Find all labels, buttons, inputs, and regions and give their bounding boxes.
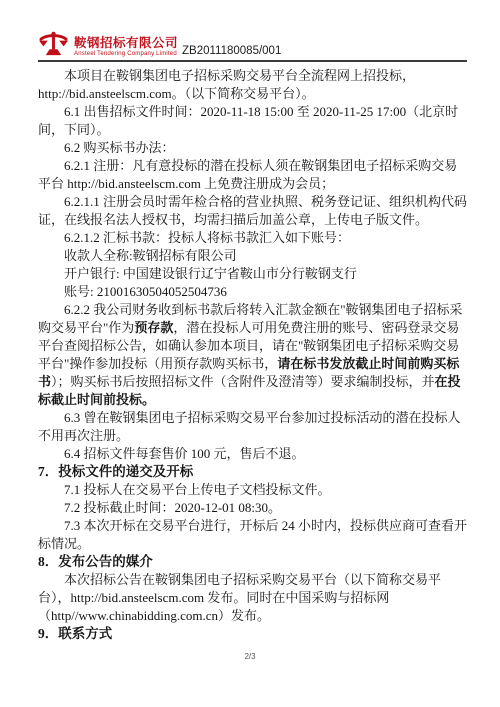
text-run: 开户银行: 中国建设银行辽宁省鞍山市分行鞍钢支行 [64,266,357,281]
paragraph: 6.2.2 我公司财务收到标书款后将转入汇款金额在"鞍钢集团电子招标采购交易平台… [38,301,467,409]
paragraph: 账号: 21001630504052504736 [38,283,467,301]
text-run: 预存款 [134,320,173,335]
text-run: 账号: 21001630504052504736 [64,284,227,299]
document-body: 本项目在鞍钢集团电子招标采购交易平台全流程网上招投标，http://bid.an… [38,67,467,643]
paragraph: 6.1 出售招标文件时间：2020-11-18 15:00 至 2020-11-… [38,103,467,139]
text-run: 6.4 招标文件每套售价 100 元，售后不退。 [64,446,305,461]
document-page: 鞍钢招标有限公司 Ansteel Tendering Company Limit… [0,0,500,707]
text-run: 6.2.1.1 注册会员时需年检合格的营业执照、税务登记证、组织机构代码证，在线… [38,194,467,227]
text-run: 6.2 购买标书办法： [64,140,175,155]
section-heading: 9．联系方式 [38,625,467,643]
paragraph: 本项目在鞍钢集团电子招标采购交易平台全流程网上招投标，http://bid.an… [38,67,467,103]
page-number: 2/3 [0,652,500,661]
text-run: 7.2 投标截止时间：2020-12-01 08:30。 [64,500,281,515]
paragraph: 6.2 购买标书办法： [38,139,467,157]
paragraph: 本次招标公告在鞍钢集团电子招标采购交易平台（以下简称交易平台），http://b… [38,571,467,625]
paragraph: 6.3 曾在鞍钢集团电子招标采购交易平台参加过投标活动的潜在投标人不用再次注册。 [38,409,467,445]
company-name-english: Ansteel Tendering Company Limited [74,51,178,57]
paragraph: 6.2.1.2 汇标书款：投标人将标书款汇入如下账号： [38,229,467,247]
brand-block: 鞍钢招标有限公司 Ansteel Tendering Company Limit… [74,37,178,58]
text-run: ）；购买标书后按照招标文件（含附件及澄清等）要求编制投标，并 [51,374,435,389]
text-run: 8．发布公告的媒介 [38,554,153,569]
text-run: 收款人全称:鞍钢招标有限公司 [64,248,237,263]
text-run: 6.2.1 注册：凡有意投标的潜在投标人须在鞍钢集团电子招标采购交易平台 htt… [38,158,457,191]
text-run: 6.1 出售招标文件时间：2020-11-18 15:00 至 2020-11-… [38,104,458,137]
text-run: 6.3 曾在鞍钢集团电子招标采购交易平台参加过投标活动的潜在投标人不用再次注册。 [38,410,461,443]
company-name: 鞍钢招标有限公司 [74,37,178,50]
text-run: 7.1 投标人在交易平台上传电子文档投标文件。 [64,482,331,497]
document-header: 鞍钢招标有限公司 Ansteel Tendering Company Limit… [38,30,467,62]
text-run: 本次招标公告在鞍钢集团电子招标采购交易平台（以下简称交易平台），http://b… [38,572,441,623]
paragraph: 7.3 本次开标在交易平台进行，开标后 24 小时内，投标供应商可查看开标情况。 [38,517,467,553]
paragraph: 6.2.1.1 注册会员时需年检合格的营业执照、税务登记证、组织机构代码证，在线… [38,193,467,229]
paragraph: 7.2 投标截止时间：2020-12-01 08:30。 [38,499,467,517]
section-heading: 8．发布公告的媒介 [38,553,467,571]
section-heading: 7．投标文件的递交及开标 [38,463,467,481]
text-run: 本项目在鞍钢集团电子招标采购交易平台全流程网上招投标，http://bid.an… [38,68,415,101]
paragraph: 7.1 投标人在交易平台上传电子文档投标文件。 [38,481,467,499]
text-run: 9．联系方式 [38,626,112,641]
paragraph: 收款人全称:鞍钢招标有限公司 [38,247,467,265]
text-run: 7.3 本次开标在交易平台进行，开标后 24 小时内，投标供应商可查看开标情况。 [38,518,467,551]
ansteel-scale-logo-icon [38,30,69,57]
paragraph: 6.2.1 注册：凡有意投标的潜在投标人须在鞍钢集团电子招标采购交易平台 htt… [38,157,467,193]
paragraph: 6.4 招标文件每套售价 100 元，售后不退。 [38,445,467,463]
paragraph: 开户银行: 中国建设银行辽宁省鞍山市分行鞍钢支行 [38,265,467,283]
text-run: 7．投标文件的递交及开标 [38,464,193,479]
document-number: ZB2011180085/001 [182,46,281,58]
text-run: 6.2.1.2 汇标书款：投标人将标书款汇入如下账号： [64,230,350,245]
